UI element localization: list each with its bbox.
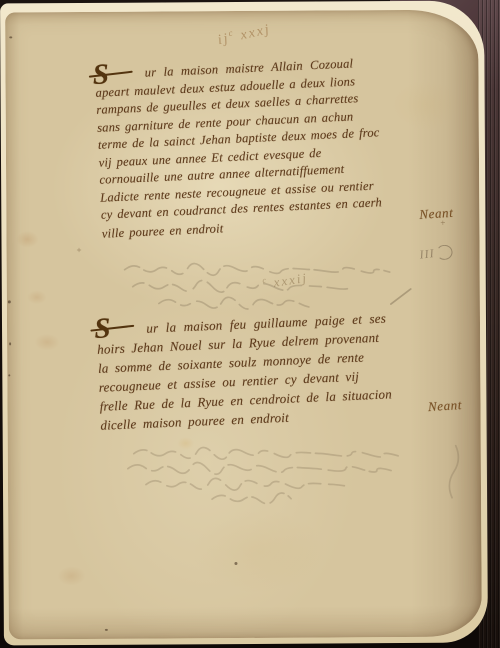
ink-cross-left: + <box>77 245 82 255</box>
amount-neant-1: Neant <box>419 203 454 223</box>
manuscript-page: ijc xxxj S ur la maison maistre Allain C… <box>5 10 482 640</box>
ink-cross-right: + <box>440 218 445 228</box>
rent-entry-2: S ur la maison feu guillaume paige et se… <box>96 305 463 434</box>
ink-speck <box>9 36 12 38</box>
ink-speck <box>8 374 10 376</box>
folio-number: ijc xxxj <box>216 19 273 49</box>
ink-speck <box>105 629 108 631</box>
bleedthrough-lines-lower <box>126 440 476 524</box>
manuscript-photo: ijc xxxj S ur la maison maistre Allain C… <box>0 0 500 648</box>
ink-speck <box>234 562 237 565</box>
entry1-initial: S <box>92 58 141 90</box>
entry2-initial: S <box>94 312 143 344</box>
folio-rest: xxxj <box>239 22 272 43</box>
amount-neant-2: Neant <box>427 395 462 416</box>
margin-mark-arc-icon <box>436 244 454 261</box>
ink-speck <box>9 342 11 345</box>
folio-superscript: c <box>227 27 235 38</box>
rent-entry-1: S ur la maison maistre Allain Cozoual ap… <box>94 51 453 241</box>
bleedthrough-numeral-sup: c <box>262 275 269 285</box>
margin-mark-strokes: III <box>419 246 436 263</box>
ink-speck <box>8 300 11 303</box>
